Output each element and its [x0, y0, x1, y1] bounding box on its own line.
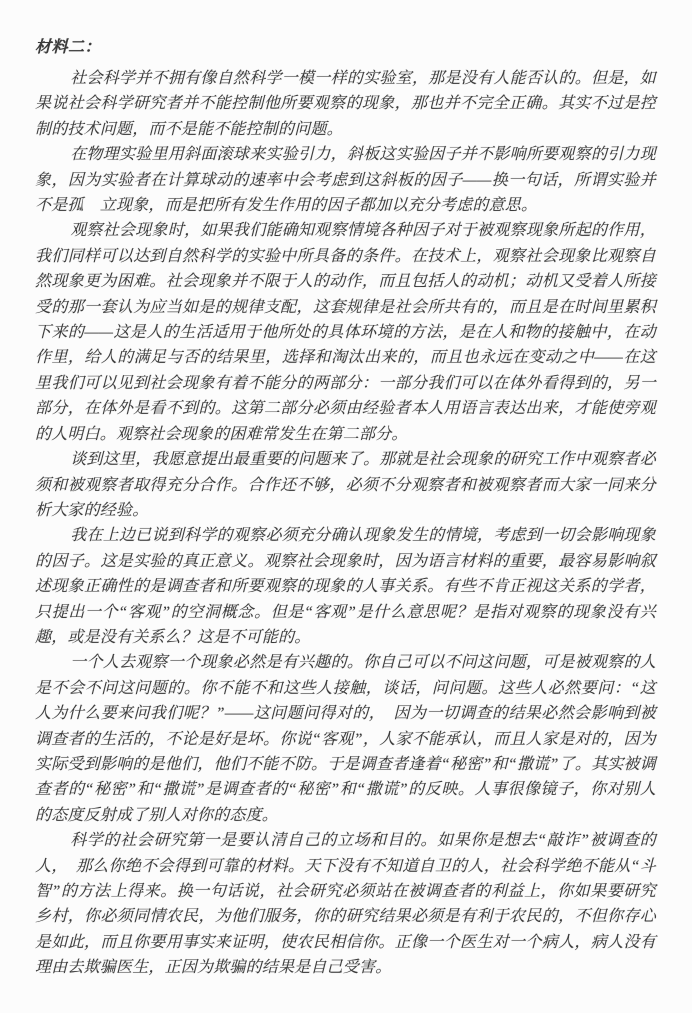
paragraph: 我在上边已说到科学的观察必须充分确认现象发生的情境，考虑到一切会影响现象的因子。…	[35, 523, 656, 650]
paragraph: 在物理实验里用斜面滚球来实验引力，斜板这实验因子并不影响所要观察的引力现象，因为…	[35, 142, 656, 218]
paragraph: 社会科学并不拥有像自然科学一模一样的实验室，那是没有人能否认的。但是，如果说社会…	[35, 66, 656, 142]
material-two-heading: 材料二：	[35, 36, 656, 60]
paragraph: 观察社会现象时，如果我们能确知观察情境各种因子对于被观察现象所起的作用，我们同样…	[35, 218, 656, 447]
paragraph: 科学的社会研究第一是要认清自己的立场和目的。如果你是想去“敲诈”被调查的人， 那…	[35, 828, 656, 980]
paragraph: 一个人去观察一个现象必然是有兴趣的。你自己可以不问这问题，可是被观察的人是不会不…	[35, 650, 656, 828]
scanned-document-page: 材料二： 社会科学并不拥有像自然科学一模一样的实验室，那是没有人能否认的。但是，…	[0, 0, 692, 1013]
paragraph: 谈到这里，我愿意提出最重要的问题来了。那就是社会现象的研究工作中观察者必须和被观…	[35, 447, 656, 523]
passage-body: 社会科学并不拥有像自然科学一模一样的实验室，那是没有人能否认的。但是，如果说社会…	[35, 66, 656, 981]
